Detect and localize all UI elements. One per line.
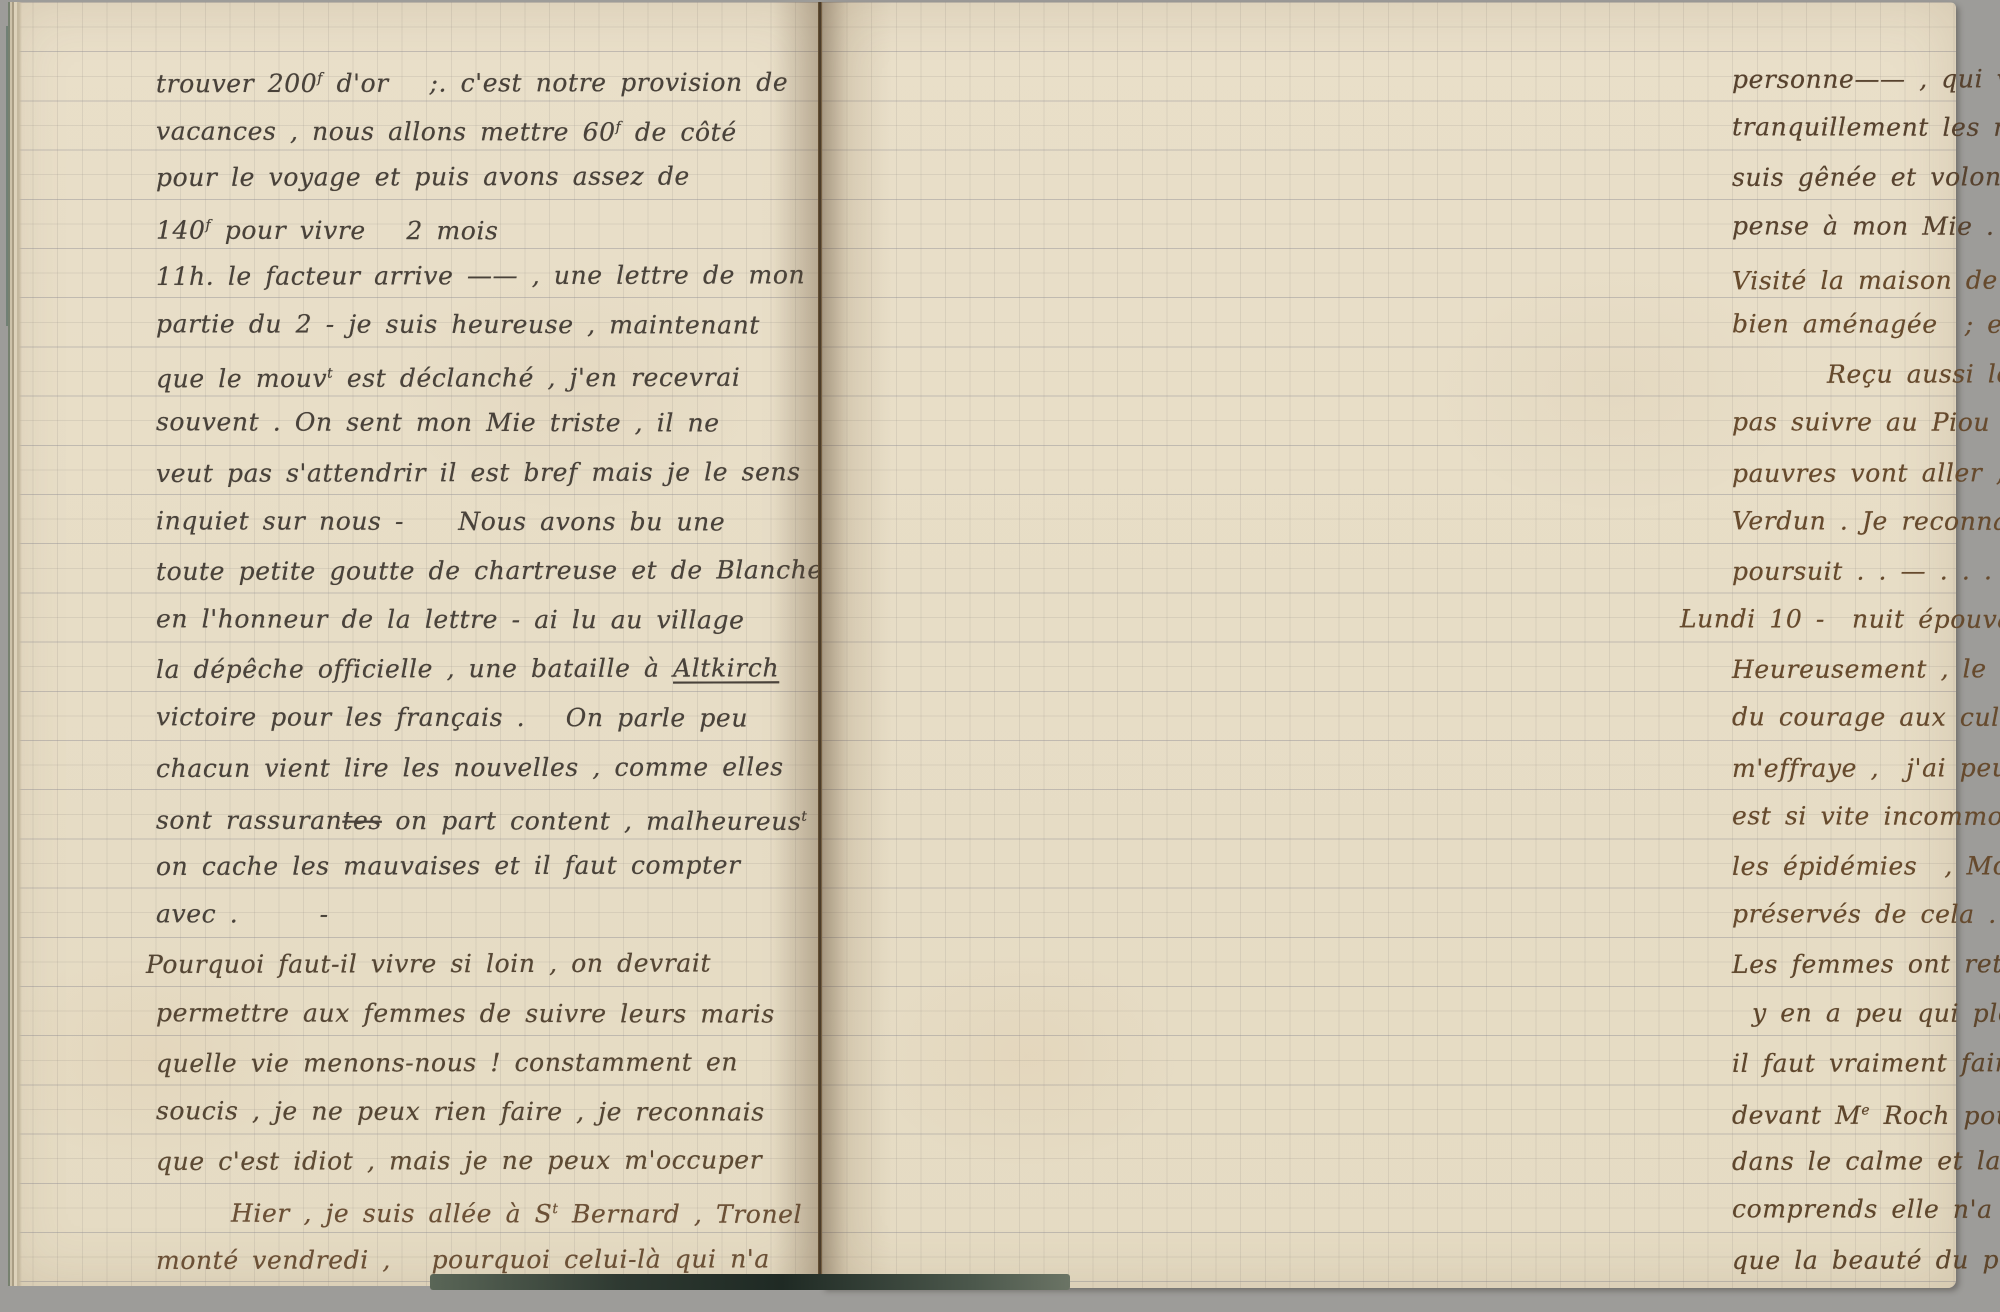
page-left: trouver 200f d'or ;. c'est notre provisi… <box>8 2 820 1286</box>
handwritten-line: m'effraye , j'ai peur pour le Mie , qui <box>1732 742 2000 793</box>
handwritten-line: Les femmes ont retrouvé le calme , il <box>1732 938 2000 989</box>
handwritten-line: permettre aux femmes de suivre leurs mar… <box>156 988 874 1039</box>
handwritten-line: il faut vraiment faire un effort d'atten… <box>1732 1037 2000 1088</box>
handwritten-line: préservés de cela . <box>1732 889 2000 940</box>
handwritten-line: que la beauté du plateau me laisse indif… <box>1732 1234 2000 1285</box>
handwritten-line: victoire pour les français . On parle pe… <box>156 693 874 744</box>
handwritten-line: Reçu aussi lettre de Jean , je ne la fai… <box>1827 348 2000 399</box>
handwritten-line: inquiet sur nous - Nous avons bu une <box>156 496 874 547</box>
handwritten-line: les épidémies , Mon Dieu ! que nous soyo… <box>1732 840 2000 891</box>
handwritten-line: suis gênée et volontiers l'insulterait .… <box>1732 151 2000 202</box>
handwritten-line: devant Me Roch pour croire à la guerre , <box>1732 1086 2000 1137</box>
handwritten-line: 11h. le facteur arrive —— , une lettre d… <box>156 250 874 301</box>
handwritten-line: bien aménagée ; elle est vraiment bien c… <box>1732 299 2000 350</box>
handwritten-line: vacances , nous allons mettre 60f de côt… <box>156 102 874 153</box>
handwritten-line: soucis , je ne peux rien faire , je reco… <box>156 1086 874 1137</box>
handwritten-line: pour le voyage et puis avons assez de <box>156 151 874 202</box>
handwritten-line: est si vite incommodé par la chaleur , e… <box>1732 791 2000 842</box>
handwritten-line: dans le calme et la beauté de ce pays . … <box>1732 1135 2000 1186</box>
handwritten-line: partie du 2 - je suis heureuse , mainten… <box>156 299 874 350</box>
handwritten-line: 140f pour vivre 2 mois <box>156 201 874 252</box>
notebook-spread: trouver 200f d'or ;. c'est notre provisi… <box>0 0 2000 1312</box>
page-left-lines: trouver 200f d'or ;. c'est notre provisi… <box>156 54 874 1284</box>
handwritten-line: souvent . On sent mon Mie triste , il ne <box>156 398 874 449</box>
binding-gutter <box>818 2 822 1288</box>
handwritten-line: tranquillement les mains dans ses poches… <box>1732 102 2000 153</box>
handwritten-line: pauvres vont aller , je ne sais où , on … <box>1732 447 2000 498</box>
handwritten-line: avec . - <box>156 889 874 940</box>
handwritten-line: toute petite goutte de chartreuse et de … <box>156 545 874 596</box>
handwritten-line: que le mouvt est déclanché , j'en recevr… <box>156 348 874 399</box>
page-right: personne—— , qui vit pour lui uniquement… <box>822 2 1956 1288</box>
handwritten-line: y en a peu qui pleurent - D'ailleurs <box>1752 988 2000 1039</box>
handwritten-line: veut pas s'attendrir il est bref mais je… <box>156 447 874 498</box>
handwritten-line: personne—— , qui vit pour lui uniquement… <box>1732 53 2000 104</box>
handwritten-line: comprends elle n'a personne . Moi j'avou… <box>1732 1185 2000 1236</box>
handwritten-line: Heureusement , le temps est radieux et ç… <box>1732 643 2000 694</box>
handwritten-line: on cache les mauvaises et il faut compte… <box>156 840 874 891</box>
handwritten-line: Hier , je suis allée à St Bernard , Tron… <box>231 1185 874 1236</box>
handwritten-line: chacun vient lire les nouvelles , comme … <box>156 742 874 793</box>
handwritten-line: sont rassurantes on part content , malhe… <box>156 791 874 842</box>
handwritten-line: Visité la maison de Me Néant , fort joli… <box>1732 250 2000 301</box>
handwritten-line: poursuit . . — . . . <box>1732 545 2000 596</box>
handwritten-line: Pourquoi faut-il vivre si loin , on devr… <box>146 938 874 989</box>
page-right-lines: personne—— , qui vit pour lui uniquement… <box>1732 54 2000 1284</box>
handwritten-line: la dépêche officielle , une bataille à A… <box>156 643 874 694</box>
handwritten-line: pas suivre au Piou , il s'inquiéterait .… <box>1732 398 2000 449</box>
handwritten-line: Lundi 10 - nuit épouvantable , on ne dor… <box>1680 594 2000 645</box>
handwritten-line: pense à mon Mie . qui ne serait pas cont… <box>1732 201 2000 252</box>
handwritten-line: quelle vie menons-nous ! constamment en <box>156 1037 874 1088</box>
handwritten-line: Verdun . Je reconnais que la malchance l… <box>1732 496 2000 547</box>
handwritten-line: en l'honneur de la lettre - ai lu au vil… <box>156 594 874 645</box>
handwritten-line: du courage aux cultivateurs . Moi , ça <box>1732 693 2000 744</box>
handwritten-line: trouver 200f d'or ;. c'est notre provisi… <box>156 53 874 104</box>
notebook-cover-bottom <box>430 1274 1070 1290</box>
handwritten-line: que c'est idiot , mais je ne peux m'occu… <box>156 1135 874 1186</box>
